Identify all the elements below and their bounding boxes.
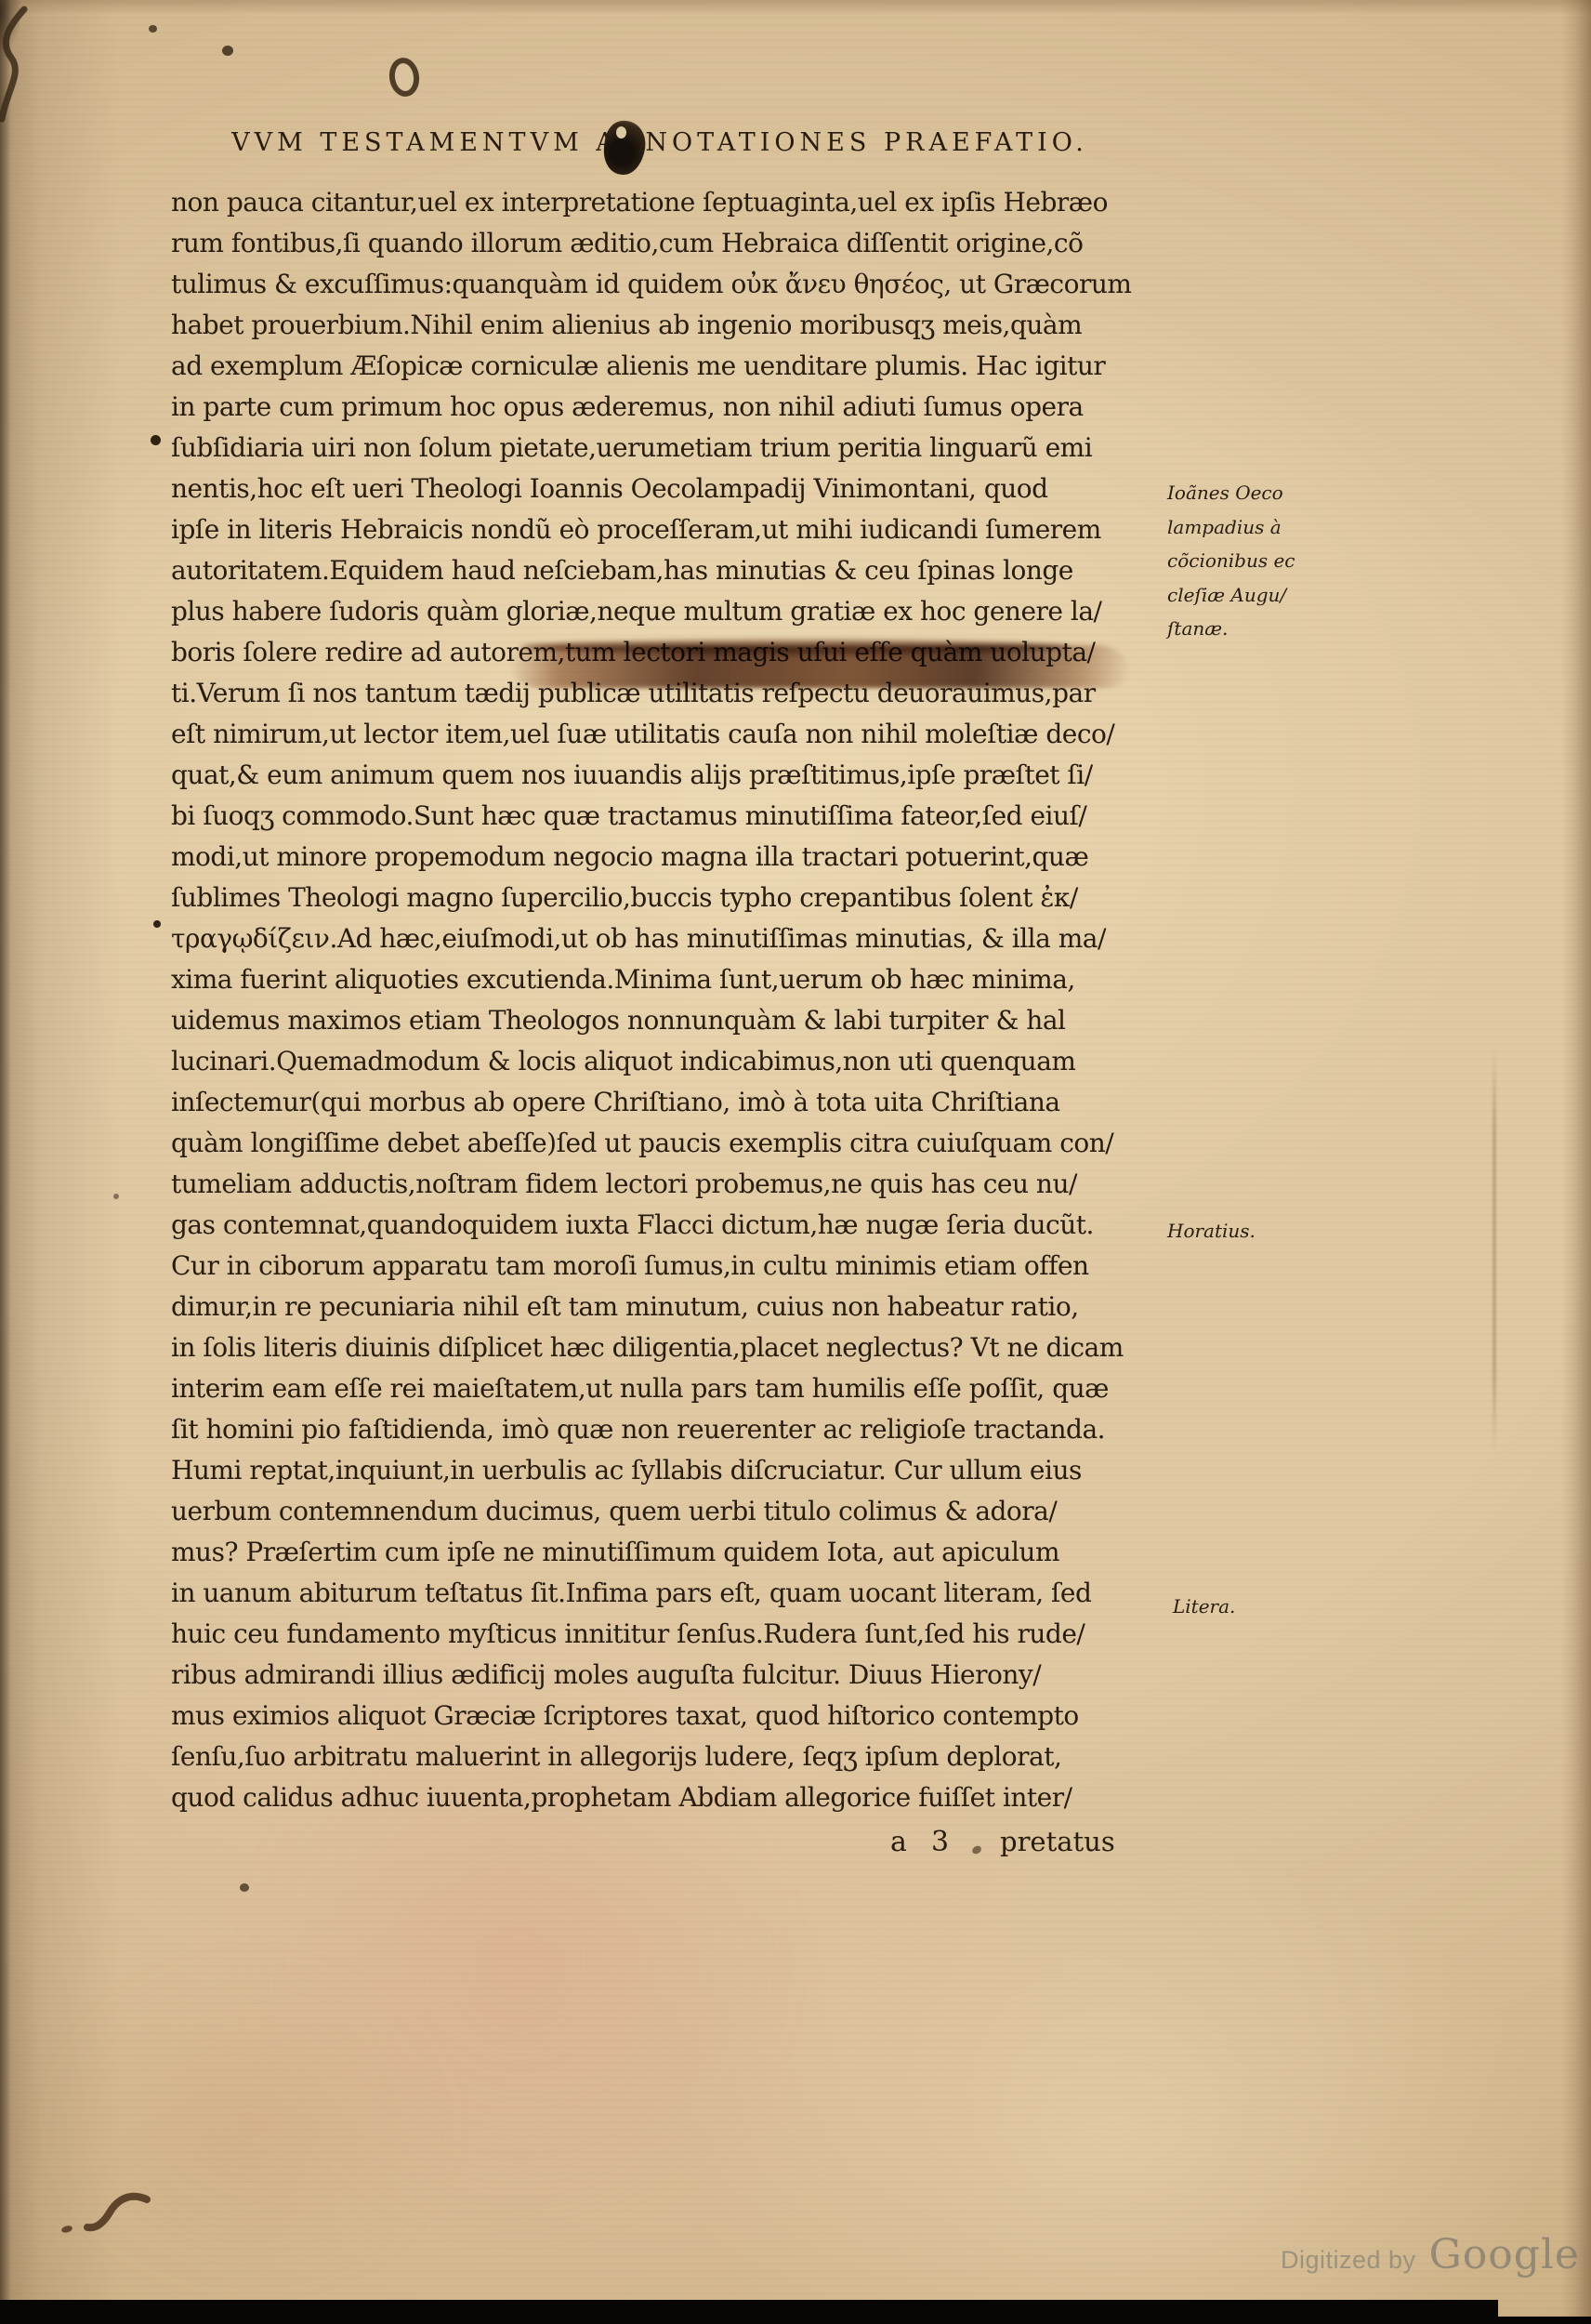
- page-top-edge: [0, 0, 1591, 15]
- text-line: inſectemur(qui morbus ab opere Chriſtian…: [171, 1082, 1160, 1123]
- margin-note-oecolampadius: Ioãnes Oecolampadius àcõcionibus eccleſi…: [1167, 476, 1353, 646]
- running-title: VVM TESTAMENTVM ANNOTATIONES PRAEFATIO.: [200, 128, 1120, 157]
- text-line: autoritatem.Equidem haud neſciebam,has m…: [171, 550, 1160, 591]
- text-line: ſenſu,ſuo arbitratu maluerint in allegor…: [171, 1736, 1160, 1777]
- text-line: lucinari.Quemadmodum & locis aliquot ind…: [171, 1041, 1160, 1082]
- paper-crease: [1492, 1050, 1496, 1450]
- scanned-book-page: VVM TESTAMENTVM ANNOTATIONES PRAEFATIO. …: [0, 0, 1591, 2324]
- text-line: habet prouerbium.Nihil enim alienius ab …: [171, 305, 1160, 346]
- text-line: quod calidus adhuc iuuenta,prophetam Abd…: [171, 1777, 1160, 1818]
- margin-bullet-mark: [153, 920, 161, 928]
- text-line: in parte cum primum hoc opus æderemus, n…: [171, 387, 1160, 428]
- signature-number: 3: [931, 1826, 949, 1858]
- catchword: pretatus: [1000, 1826, 1115, 1857]
- page-left-gutter-shadow: [0, 0, 121, 2324]
- text-line: xima fuerint aliquoties excutienda.Minim…: [171, 959, 1160, 1000]
- text-line: tumeliam adductis,noſtram fidem lectori …: [171, 1164, 1160, 1205]
- ink-smear: [511, 645, 1129, 688]
- text-line: eſt nimirum,ut lector item,uel ſuæ utili…: [171, 714, 1160, 755]
- text-line: rum fontibus,ſi quando illorum æditio,cu…: [171, 223, 1160, 264]
- text-line: ſubſidiaria uiri non ſolum pietate,uerum…: [171, 428, 1160, 469]
- text-line: ſublimes Theologi magno ſupercilio,bucci…: [171, 878, 1160, 918]
- text-line: uidemus maximos etiam Theologos nonnunqu…: [171, 1000, 1160, 1041]
- ink-speck: [971, 1845, 982, 1855]
- text-line: plus habere ſudoris quàm gloriæ,neque mu…: [171, 591, 1160, 632]
- text-line: ipſe in literis Hebraicis nondũ eò proce…: [171, 509, 1160, 550]
- ink-speck: [240, 1883, 249, 1892]
- text-line: bi ſuoqʒ commodo.Sunt hæc quæ tractamus …: [171, 796, 1160, 837]
- scan-black-bar: [1476, 2317, 1591, 2324]
- text-line: mus eximios aliquot Græciæ ſcriptores ta…: [171, 1696, 1160, 1736]
- margin-note-line: cleſiæ Augu/: [1167, 578, 1353, 613]
- text-line: modi,ut minore propemodum negocio magna …: [171, 837, 1160, 878]
- page-right-edge: [1561, 0, 1591, 2324]
- margin-note-line: lampadius à: [1167, 510, 1353, 545]
- watermark-prefix: Digitized by: [1281, 2246, 1416, 2275]
- page-left-edge: [0, 0, 11, 2324]
- text-line: tulimus & excuſſimus:quanquàm id quidem …: [171, 264, 1160, 305]
- margin-note-horatius: Horatius.: [1167, 1214, 1353, 1248]
- text-line: gas contemnat,quandoquidem iuxta Flacci …: [171, 1205, 1160, 1246]
- margin-note-line: ſtanæ.: [1167, 612, 1353, 646]
- text-line: huic ceu fundamento myſticus innititur ſ…: [171, 1614, 1160, 1655]
- text-line: Humi reptat,inquiunt,in uerbulis ac ſyll…: [171, 1450, 1160, 1491]
- text-line: ad exemplum Æſopicæ corniculæ alienis me…: [171, 346, 1160, 387]
- scan-black-bar: [0, 2300, 1498, 2324]
- text-line: quàm longiſſime debet abeſſe)ſed ut pauc…: [171, 1123, 1160, 1164]
- ink-ring-mark: [387, 56, 422, 99]
- text-line: in ſolis literis diuinis diſplicet hæc d…: [171, 1327, 1160, 1368]
- signature-letter: a: [890, 1826, 907, 1858]
- text-line: mus? Præſertim cum ipſe ne minutiſſimum …: [171, 1532, 1160, 1573]
- text-line: nentis,hoc eſt ueri Theologi Ioannis Oec…: [171, 469, 1160, 509]
- text-line: ſit homini pio faſtidienda, imò quæ non …: [171, 1409, 1160, 1450]
- margin-note-litera: Litera.: [1173, 1590, 1359, 1624]
- text-line: Cur in ciborum apparatu tam moroſi ſumus…: [171, 1246, 1160, 1287]
- text-line: uerbum contemnendum ducimus, quem uerbi …: [171, 1491, 1160, 1532]
- scan-corner-shadow: [0, 0, 28, 65]
- margin-bullet-mark: [151, 435, 161, 445]
- text-line: τραγῳδίζειν.Ad hæc,eiuſmodi,ut ob has mi…: [171, 918, 1160, 959]
- margin-note-line: cõcionibus ec: [1167, 544, 1353, 578]
- text-block: non pauca citantur,uel ex interpretation…: [171, 182, 1160, 1818]
- ink-speck: [149, 25, 157, 33]
- text-line: non pauca citantur,uel ex interpretation…: [171, 182, 1160, 223]
- text-line: interim eam eſſe rei maieſtatem,ut nulla…: [171, 1368, 1160, 1409]
- margin-note-line: Ioãnes Oeco: [1167, 476, 1353, 510]
- google-logo: Google: [1429, 2231, 1580, 2278]
- text-line: ribus admirandi illius ædificij moles au…: [171, 1655, 1160, 1696]
- ink-blot-hole: [616, 126, 626, 139]
- text-line: in uanum abiturum teſtatus ſit.Infima pa…: [171, 1573, 1160, 1614]
- ink-speck: [113, 1194, 119, 1199]
- text-line: quat,& eum animum quem nos iuuandis alij…: [171, 755, 1160, 796]
- text-line: dimur,in re pecuniaria nihil eſt tam min…: [171, 1287, 1160, 1327]
- ink-speck: [222, 46, 233, 56]
- google-watermark: Digitized by Google: [1281, 2231, 1580, 2278]
